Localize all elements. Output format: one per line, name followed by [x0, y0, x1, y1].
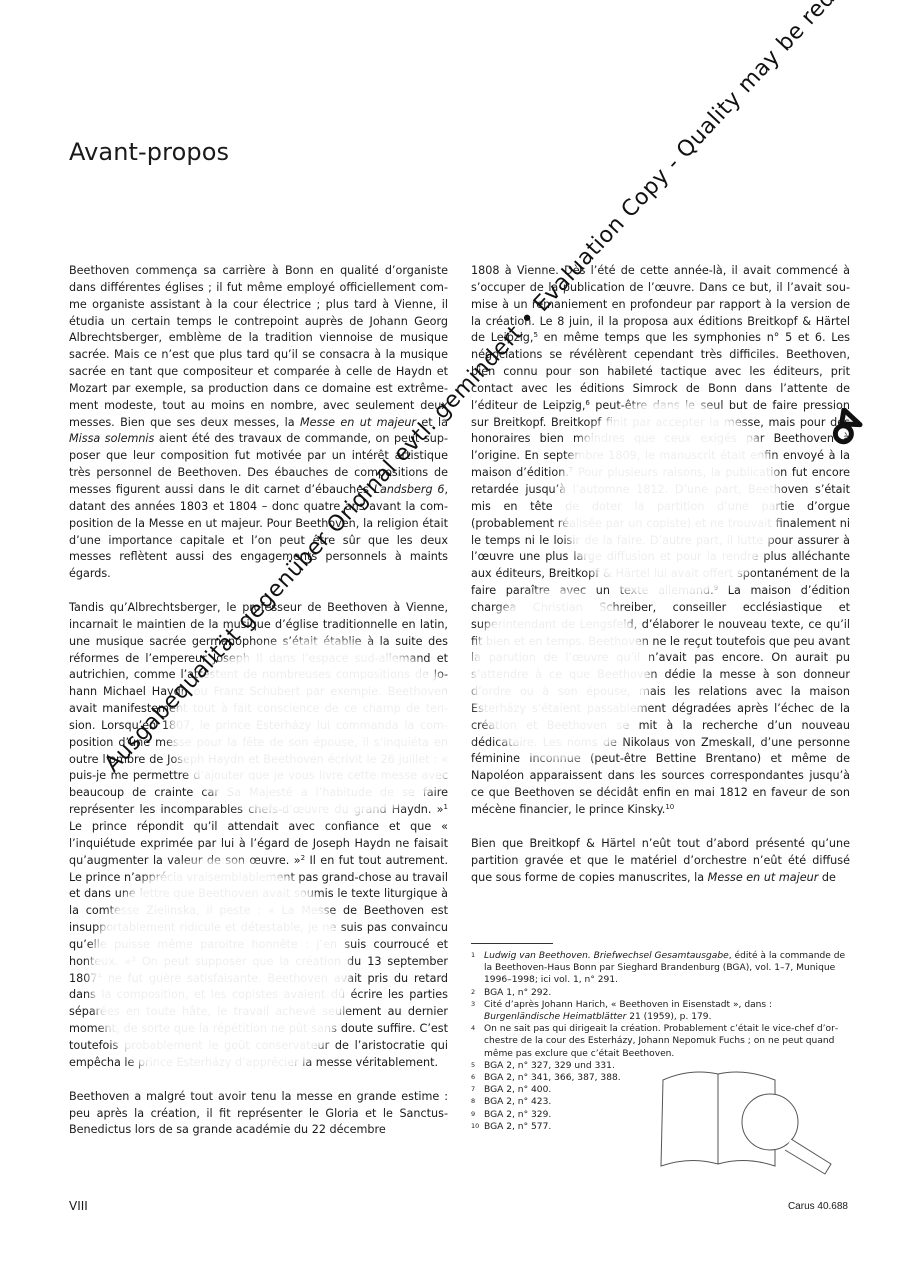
footnote-ref[interactable]: 1 — [444, 803, 448, 811]
page-title: Avant-propos — [69, 138, 229, 166]
body-column-left: Beethoven commença sa carrière à Bonn en… — [69, 263, 448, 1139]
footnote-item: 5BGA 2, n° 327, 329 und 331. — [471, 1060, 851, 1072]
footnote-item: 6BGA 2, n° 341, 366, 387, 388. — [471, 1072, 851, 1084]
paragraph: 1808 à Vienne. Dès l’été de cette année-… — [471, 263, 850, 819]
body-column-right: 1808 à Vienne. Dès l’été de cette année-… — [471, 263, 850, 886]
page-number: VIII — [69, 1199, 88, 1213]
catalog-number: Carus 40.688 — [788, 1201, 848, 1212]
footnote-divider — [471, 943, 553, 944]
footnote-item: 10BGA 2, n° 577. — [471, 1121, 851, 1133]
footnote-item: 8BGA 2, n° 423. — [471, 1096, 851, 1108]
footnote-item: 9BGA 2, n° 329. — [471, 1109, 851, 1121]
paragraph: Beethoven a malgré tout avoir tenu la me… — [69, 1089, 448, 1140]
footnotes-list: 1Ludwig van Beethoven. Briefwechsel Gesa… — [471, 950, 851, 1133]
paragraph: Tandis qu’Albrechtsberger, le professeur… — [69, 600, 448, 1072]
footnote-item: 1Ludwig van Beethoven. Briefwechsel Gesa… — [471, 950, 851, 987]
footnote-item: 7BGA 2, n° 400. — [471, 1084, 851, 1096]
footnote-item: 4On ne sait pas qui dirigeait la créatio… — [471, 1023, 851, 1060]
paragraph: Beethoven commença sa carrière à Bonn en… — [69, 263, 448, 583]
paragraph: Bien que Breitkopf & Härtel n’eût tout d… — [471, 836, 850, 887]
footnote-item: 3Cité d’après Johann Harich, « Beethoven… — [471, 999, 851, 1023]
footnote-item: 2BGA 1, n° 292. — [471, 987, 851, 999]
footnote-ref[interactable]: 10 — [665, 803, 674, 811]
